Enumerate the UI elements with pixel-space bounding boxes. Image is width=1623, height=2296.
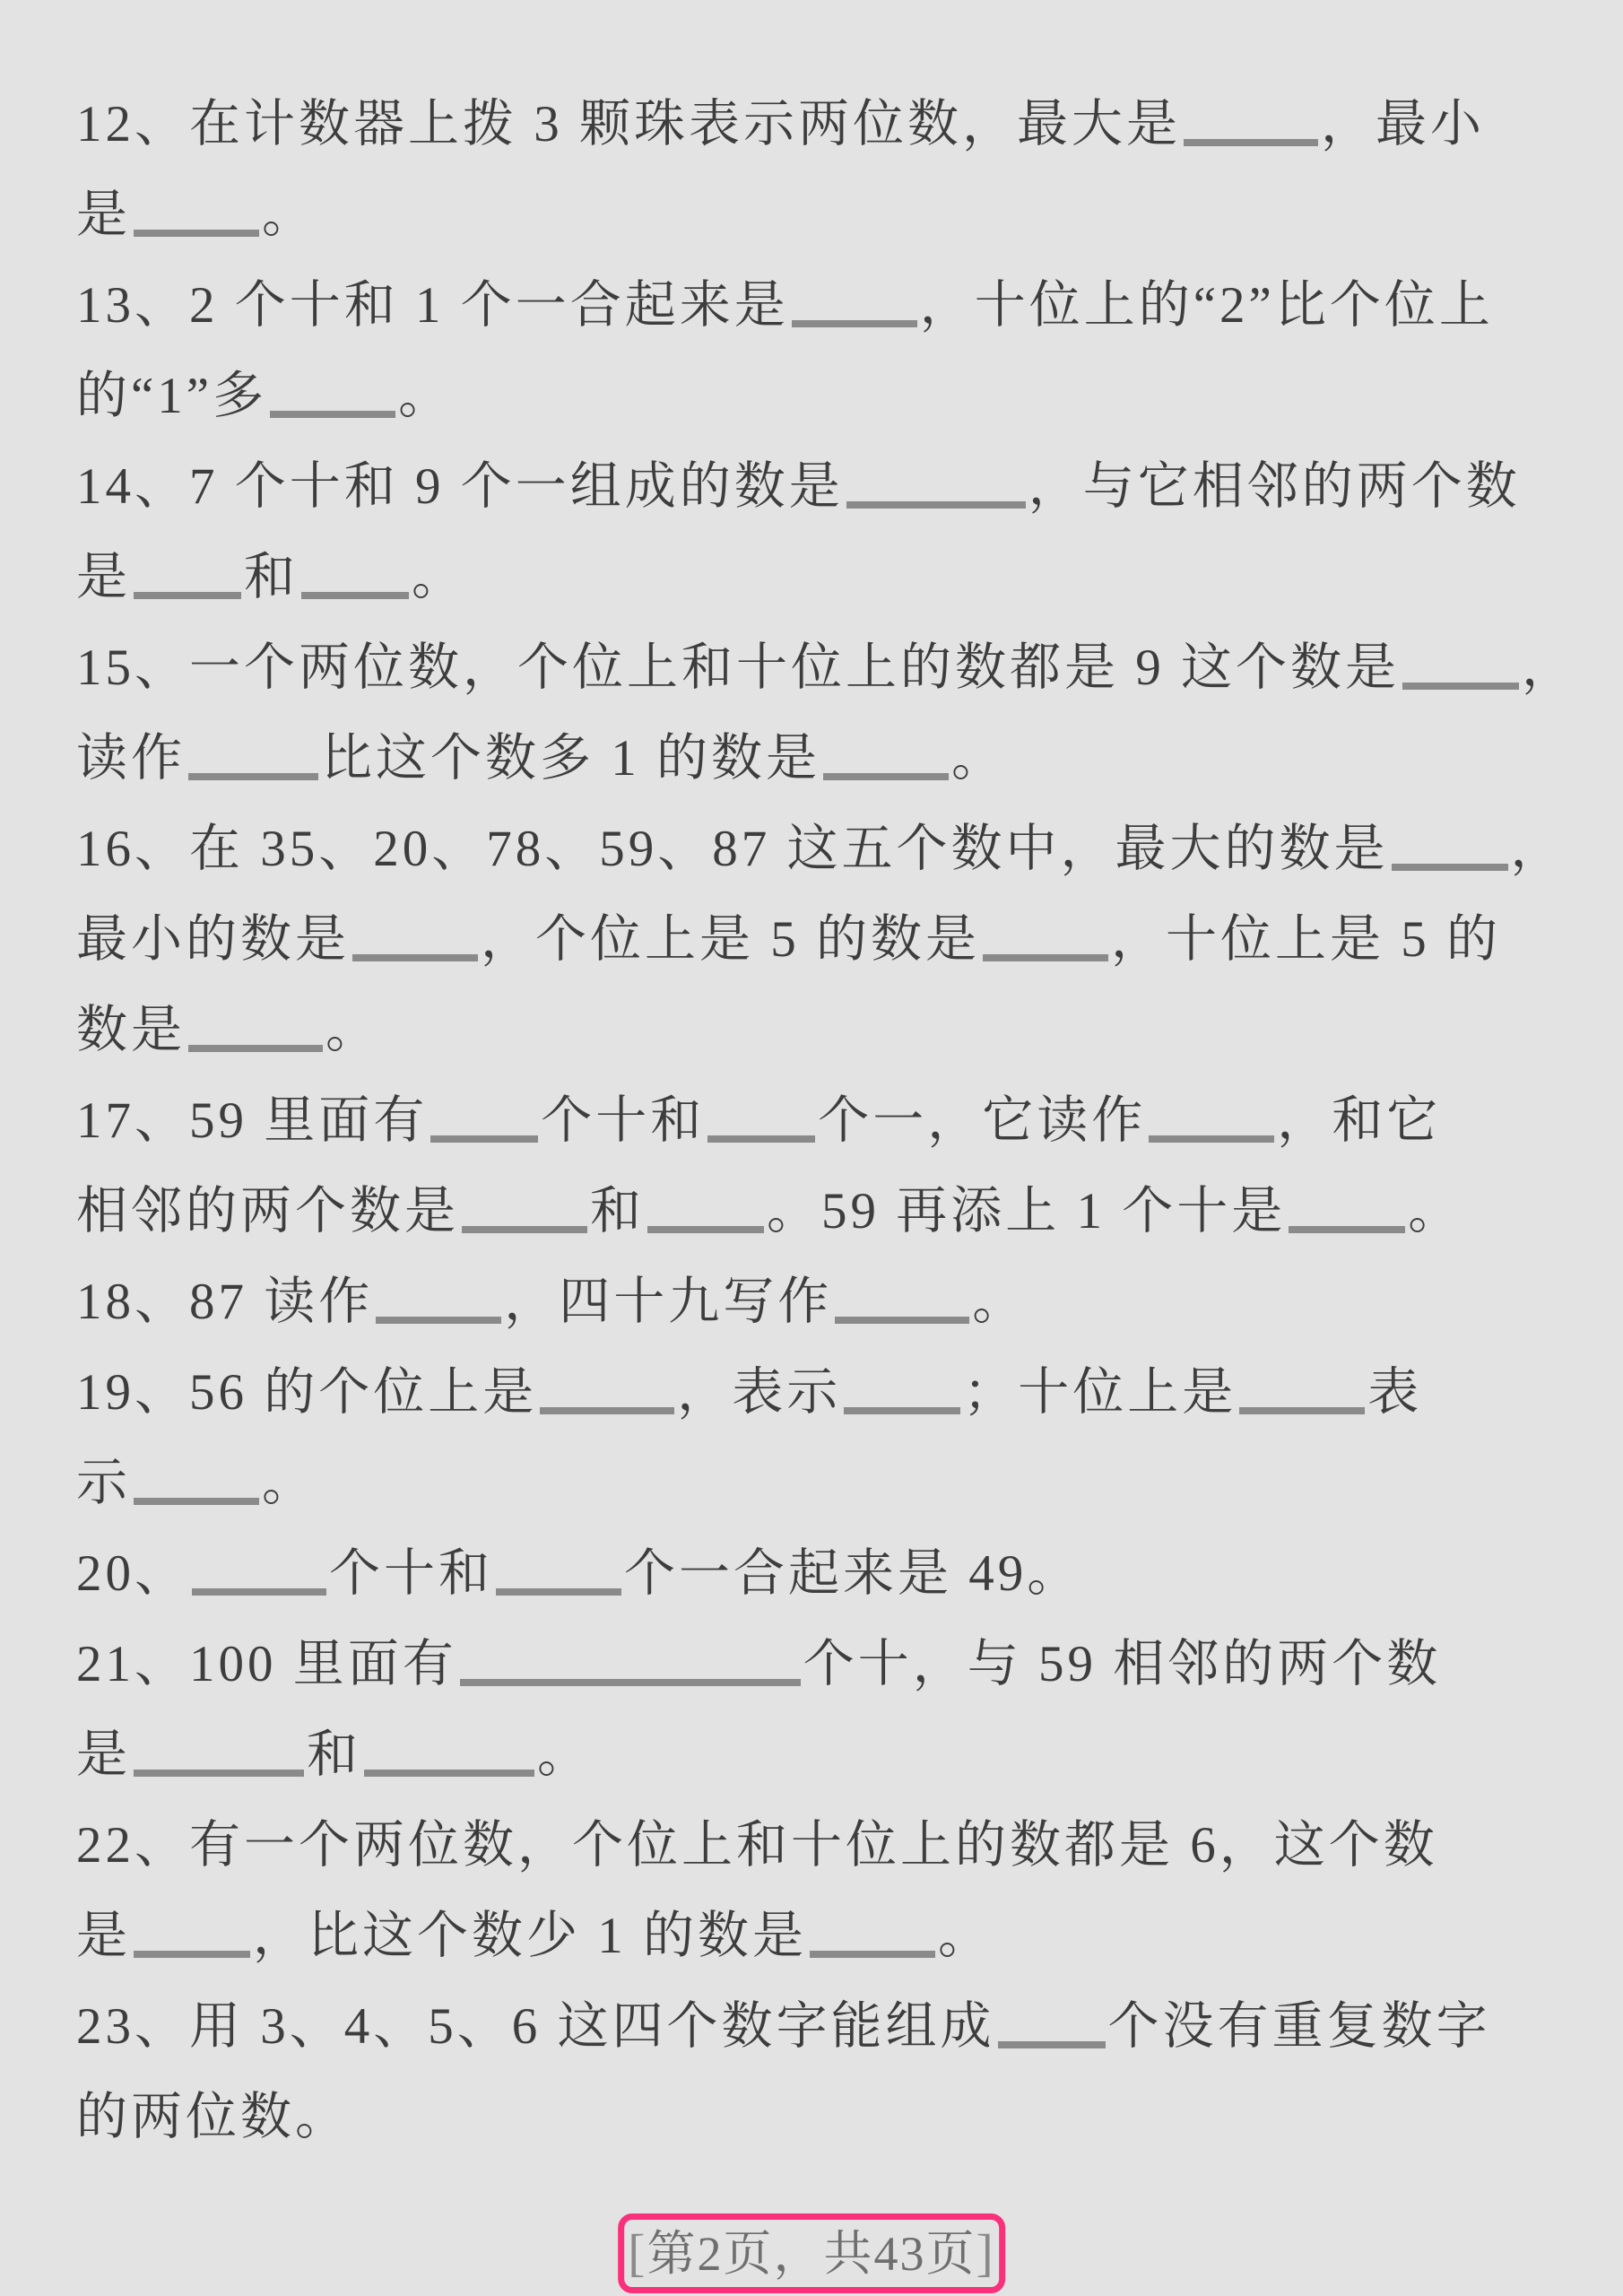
answer-blank	[460, 1679, 801, 1686]
footer-bracket-right: ]	[976, 2223, 995, 2282]
worksheet-line: 14、7 个十和 9 个一组成的数是，与它相邻的两个数	[76, 441, 1574, 532]
worksheet-line: 23、用 3、4、5、6 这四个数字能组成个没有重复数字	[76, 1981, 1574, 2072]
question-text: 17、59 里面有	[76, 1092, 428, 1149]
question-text: 和	[244, 549, 299, 605]
answer-blank	[364, 1770, 534, 1777]
worksheet-line: 相邻的两个数是和。59 再添上 1 个十是。	[76, 1166, 1574, 1257]
answer-blank	[647, 1226, 764, 1233]
worksheet-line: 数是。	[76, 985, 1574, 1075]
question-text: 15、一个两位数，个位上和十位上的数都是 9 这个数是	[76, 639, 1400, 696]
answer-blank	[1239, 1407, 1365, 1414]
answer-blank	[134, 1951, 250, 1958]
question-text: 是	[76, 549, 131, 605]
answer-blank	[1289, 1226, 1405, 1233]
worksheet-line: 示。	[76, 1438, 1574, 1528]
question-text: ，比这个数少 1 的数是	[253, 1908, 807, 1964]
worksheet-line: 是和。	[76, 532, 1574, 622]
answer-blank	[823, 773, 949, 780]
worksheet-line: 的“1”多。	[76, 351, 1574, 441]
question-text: 数是	[76, 1002, 186, 1058]
worksheet-line: 22、有一个两位数，个位上和十位上的数都是 6，这个数	[76, 1800, 1574, 1891]
answer-blank	[1149, 1135, 1274, 1143]
question-text: 。	[412, 549, 466, 605]
question-text: 最小的数是	[76, 911, 350, 968]
answer-blank	[192, 1588, 326, 1596]
question-text: 。	[325, 1002, 380, 1058]
question-text: 14、7 个十和 9 个一组成的数是	[76, 458, 844, 515]
worksheet-line: 19、56 的个位上是，表示；十位上是表	[76, 1347, 1574, 1438]
question-text: ；十位上是	[963, 1364, 1237, 1421]
question-text: 18、87 读作	[76, 1274, 373, 1330]
question-text: ，四十九写作	[504, 1274, 832, 1330]
question-text: 是	[76, 1908, 131, 1964]
question-text: 的两位数。	[76, 2089, 350, 2145]
question-text: 读作	[76, 730, 186, 787]
answer-blank	[188, 1045, 323, 1052]
worksheet-line: 21、100 里面有个十，与 59 相邻的两个数	[76, 1619, 1574, 1709]
question-text: 。	[398, 368, 453, 424]
worksheet-line: 12、在计数器上拨 3 颗珠表示两位数，最大是，最小	[76, 79, 1574, 170]
question-text: 21、100 里面有	[76, 1636, 457, 1692]
question-text: 。	[951, 730, 1006, 787]
worksheet-line: 18、87 读作，四十九写作。	[76, 1257, 1574, 1347]
question-text: ，个位上是 5 的数是	[481, 911, 980, 968]
question-text: 。	[262, 1455, 317, 1511]
question-text: 比这个数多 1 的数是	[321, 730, 820, 787]
question-text: ，十位上的“2”比个位上	[920, 277, 1494, 334]
worksheet-line: 的两位数。	[76, 2072, 1574, 2162]
question-text: ，表示	[677, 1364, 841, 1421]
answer-blank	[134, 592, 241, 599]
question-text: 。	[938, 1908, 993, 1964]
answer-blank	[496, 1588, 621, 1596]
answer-blank	[134, 1770, 304, 1777]
answer-blank	[301, 592, 409, 599]
question-text: 示	[76, 1455, 131, 1511]
question-text: 22、有一个两位数，个位上和十位上的数都是 6，这个数	[76, 1817, 1438, 1874]
question-text: 。	[1408, 1183, 1462, 1239]
question-text: ，和它	[1277, 1092, 1441, 1149]
answer-blank	[1184, 139, 1318, 146]
answer-blank	[1392, 864, 1508, 871]
question-text: 。	[537, 1726, 592, 1783]
answer-blank	[792, 320, 917, 327]
question-text: 个一合起来是 49。	[624, 1545, 1081, 1602]
question-text: ，	[1511, 821, 1566, 877]
answer-blank	[835, 1317, 969, 1324]
worksheet-line: 是和。	[76, 1709, 1574, 1800]
worksheet-line: 17、59 里面有个十和个一，它读作，和它	[76, 1075, 1574, 1166]
page-number-text: 第2页，共43页	[647, 2227, 976, 2281]
worksheet-page: 12、在计数器上拨 3 颗珠表示两位数，最大是，最小是。13、2 个十和 1 个…	[0, 0, 1623, 2296]
question-text: 。	[972, 1274, 1027, 1330]
question-text: 个十，与 59 相邻的两个数	[803, 1636, 1442, 1692]
answer-blank	[376, 1317, 501, 1324]
worksheet-content: 12、在计数器上拨 3 颗珠表示两位数，最大是，最小是。13、2 个十和 1 个…	[76, 79, 1574, 2162]
answer-blank	[540, 1407, 674, 1414]
worksheet-line: 16、在 35、20、78、59、87 这五个数中，最大的数是，	[76, 804, 1574, 894]
answer-blank	[844, 1407, 960, 1414]
answer-blank	[707, 1135, 815, 1143]
footer-bracket-left: [	[628, 2223, 647, 2282]
question-text: ，	[1522, 639, 1576, 696]
worksheet-line: 最小的数是，个位上是 5 的数是，十位上是 5 的	[76, 894, 1574, 985]
question-text: 16、在 35、20、78、59、87 这五个数中，最大的数是	[76, 821, 1389, 877]
worksheet-line: 13、2 个十和 1 个一合起来是，十位上的“2”比个位上	[76, 260, 1574, 351]
question-text: 23、用 3、4、5、6 这四个数字能组成	[76, 1998, 995, 2055]
answer-blank	[1402, 683, 1519, 690]
question-text: 和	[307, 1726, 361, 1783]
answer-blank	[134, 1498, 259, 1505]
question-text: 。	[262, 187, 317, 243]
answer-blank	[846, 501, 1026, 509]
page-footer-badge: [第2页，共43页]	[618, 2213, 1005, 2293]
question-text: 19、56 的个位上是	[76, 1364, 537, 1421]
worksheet-line: 20、个十和个一合起来是 49。	[76, 1528, 1574, 1619]
answer-blank	[270, 411, 395, 418]
worksheet-line: 是。	[76, 170, 1574, 260]
answer-blank	[998, 2041, 1106, 2048]
worksheet-line: 读作比这个数多 1 的数是。	[76, 713, 1574, 804]
worksheet-line: 15、一个两位数，个位上和十位上的数都是 9 这个数是，	[76, 622, 1574, 713]
answer-blank	[134, 230, 259, 237]
answer-blank	[188, 773, 318, 780]
answer-blank	[810, 1951, 935, 1958]
question-text: 。59 再添上 1 个十是	[767, 1183, 1286, 1239]
question-text: 相邻的两个数是	[76, 1183, 459, 1239]
question-text: 个十和	[541, 1092, 705, 1149]
question-text: 个十和	[329, 1545, 493, 1602]
question-text: ，十位上是 5 的	[1111, 911, 1501, 968]
question-text: 20、	[76, 1545, 189, 1602]
worksheet-line: 是，比这个数少 1 的数是。	[76, 1891, 1574, 1981]
question-text: 和	[590, 1183, 645, 1239]
question-text: 12、在计数器上拨 3 颗珠表示两位数，最大是	[76, 96, 1181, 152]
question-text: 的“1”多	[76, 368, 267, 424]
answer-blank	[462, 1226, 587, 1233]
question-text: 个一，它读作	[818, 1092, 1146, 1149]
question-text: 个没有重复数字	[1108, 1998, 1491, 2055]
question-text: ，与它相邻的两个数	[1028, 458, 1521, 515]
question-text: 是	[76, 187, 131, 243]
question-text: 是	[76, 1726, 131, 1783]
answer-blank	[352, 954, 478, 961]
question-text: 表	[1367, 1364, 1422, 1421]
question-text: ，最小	[1321, 96, 1485, 152]
answer-blank	[430, 1135, 538, 1143]
answer-blank	[983, 954, 1108, 961]
question-text: 13、2 个十和 1 个一合起来是	[76, 277, 789, 334]
